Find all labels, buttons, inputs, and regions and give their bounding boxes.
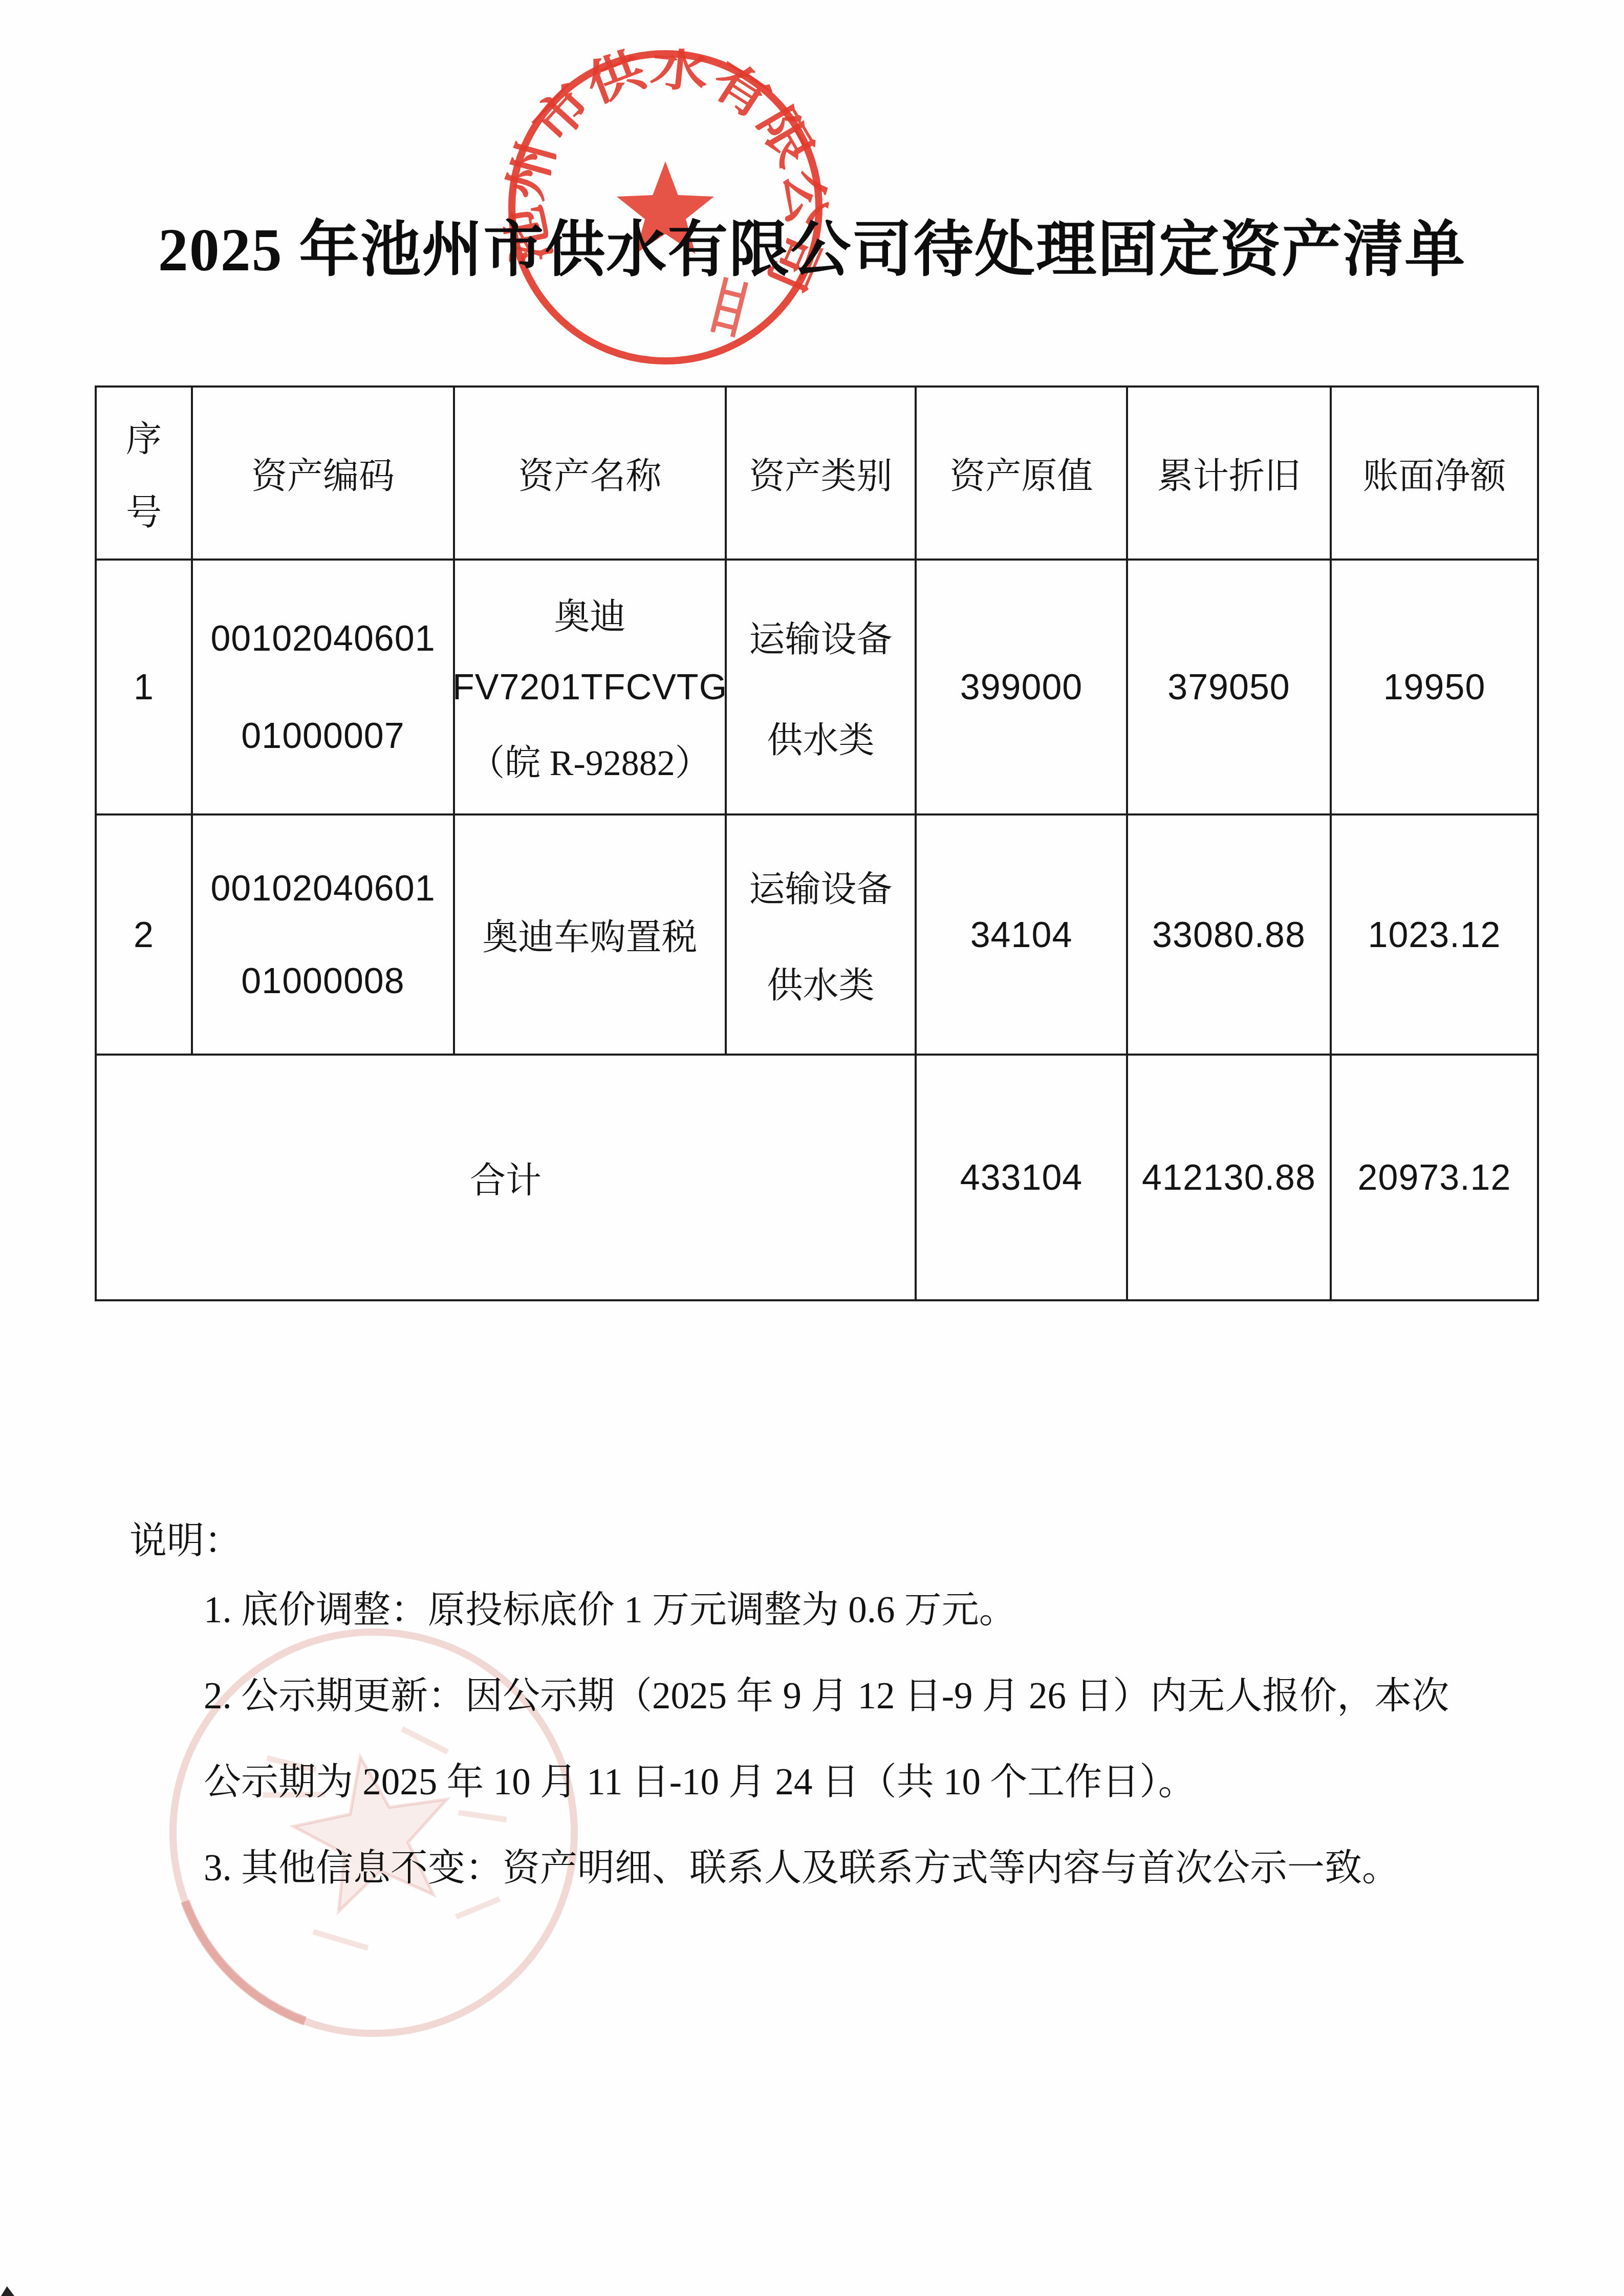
- seal-bleed-through-icon: [119, 1578, 629, 2088]
- header-cell-net-value: 账面净额: [1331, 387, 1538, 560]
- name-line: （皖 R-92882）: [469, 734, 711, 786]
- total-label-cell: 合计: [96, 1055, 916, 1300]
- note-item: 3. 其他信息不变：资产明细、联系人及联系方式等内容与首次公示一致。: [204, 1837, 1399, 1891]
- scanned-document-page: 池州市供水有限公司 2025 年池州市供水有限公司待处理固定资产清单 序 号 资…: [0, 0, 1624, 2296]
- cell-original-value: 34104: [916, 814, 1127, 1055]
- cell-code: 00102040601 01000007: [192, 560, 454, 814]
- category-line: 供水类: [767, 712, 875, 763]
- cell-net-value: 19950: [1331, 560, 1538, 814]
- note-item: 2. 公示期更新：因公示期（2025 年 9 月 12 日-9 月 26 日）内…: [204, 1665, 1449, 1719]
- code-line: 00102040601: [210, 618, 435, 659]
- header-cell-no: 序 号: [96, 387, 192, 560]
- total-original-value: 433104: [916, 1055, 1127, 1300]
- table-total-row: 合计 433104 412130.88 20973.12: [96, 1055, 1538, 1300]
- ghost-seal-arc: [185, 1884, 305, 2038]
- cell-net-value: 1023.12: [1331, 814, 1538, 1055]
- note-item: 公示期为 2025 年 10 月 11 日-10 月 24 日（共 10 个工作…: [204, 1751, 1196, 1805]
- cell-category: 运输设备 供水类: [726, 814, 916, 1055]
- name-line: FV7201TFCVTG: [454, 667, 726, 707]
- category-line: 运输设备: [749, 611, 893, 662]
- cell-original-value: 399000: [916, 560, 1127, 814]
- code-line: 01000008: [241, 960, 404, 1001]
- header-no-line: 序: [126, 411, 162, 462]
- assets-table: 序 号 资产编码 资产名称 资产类别 资产原值 累计折旧 账面净额 1 0010…: [95, 385, 1539, 1301]
- cell-no: 1: [96, 560, 192, 814]
- cell-depreciation: 379050: [1127, 560, 1331, 814]
- cell-category: 运输设备 供水类: [726, 560, 916, 814]
- table-row: 2 00102040601 01000008 奥迪车购置税 运输设备 供水类 3…: [96, 814, 1538, 1055]
- table-header-row: 序 号 资产编码 资产名称 资产类别 资产原值 累计折旧 账面净额: [96, 387, 1538, 560]
- cell-name: 奥迪 FV7201TFCVTG （皖 R-92882）: [454, 560, 726, 814]
- cell-name: 奥迪车购置税: [454, 814, 726, 1055]
- cell-code: 00102040601 01000008: [192, 814, 454, 1055]
- cell-depreciation: 33080.88: [1127, 814, 1331, 1055]
- code-line: 00102040601: [210, 868, 435, 909]
- header-cell-depreciation: 累计折旧: [1127, 387, 1331, 560]
- scan-artifact: [1, 2286, 14, 2296]
- header-no-line: 号: [126, 484, 162, 535]
- code-line: 01000007: [241, 715, 404, 756]
- table-row: 1 00102040601 01000007 奥迪 FV7201TFCVTG （…: [96, 560, 1538, 814]
- header-cell-code: 资产编码: [192, 387, 454, 560]
- category-line: 运输设备: [749, 861, 893, 912]
- total-net-value: 20973.12: [1331, 1055, 1538, 1300]
- total-depreciation: 412130.88: [1127, 1055, 1331, 1300]
- cell-no: 2: [96, 814, 192, 1055]
- header-cell-name: 资产名称: [454, 387, 726, 560]
- header-cell-category: 资产类别: [726, 387, 916, 560]
- category-line: 供水类: [767, 957, 875, 1008]
- header-cell-original-value: 资产原值: [916, 387, 1127, 560]
- page-title: 2025 年池州市供水有限公司待处理固定资产清单: [0, 201, 1624, 288]
- notes-heading: 说明：: [129, 1510, 242, 1564]
- name-line: 奥迪: [554, 588, 626, 640]
- note-item: 1. 底价调整：原投标底价 1 万元调整为 0.6 万元。: [204, 1579, 1016, 1633]
